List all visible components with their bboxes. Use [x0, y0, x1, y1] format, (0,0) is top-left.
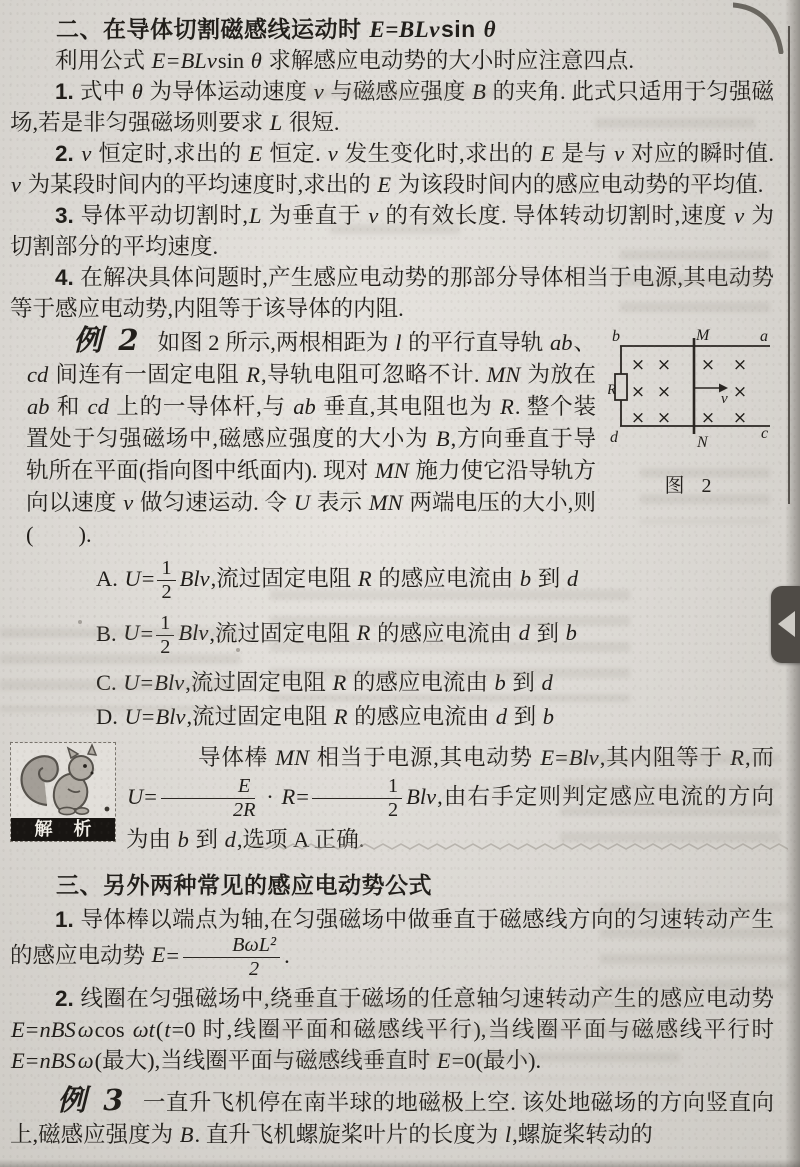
- svg-text:×: ×: [631, 355, 645, 375]
- scan-speck: [78, 620, 82, 624]
- left-arrow-icon: [778, 611, 795, 637]
- scan-speck: [118, 298, 122, 302]
- option-a: A. U=12Blv,流过固定电阻 R 的感应电流由 b 到 d: [10, 558, 774, 604]
- option-b: B. U=12Blv,流过固定电阻 R 的感应电流由 d 到 b: [10, 613, 774, 659]
- svg-text:×: ×: [657, 382, 671, 402]
- label-N: N: [696, 434, 709, 451]
- scan-speck: [236, 648, 240, 652]
- rotating-rod-paragraph: 1. 导体棒以端点为轴,在匀强磁场中做垂直于磁感线方向的匀速转动产生的感应电动势…: [10, 904, 774, 981]
- page-edge-line: [788, 26, 791, 504]
- section-3-heading: 三、另外两种常见的感应电动势公式: [10, 870, 774, 901]
- point-3: 3. 导体平动切割时,L 为垂直于 v 的有效长度. 导体转动切割时,速度 v …: [10, 200, 774, 262]
- option-d: D. U=Blv,流过固定电阻 R 的感应电流由 d 到 b: [10, 701, 774, 732]
- analysis-badge-label: 解 析: [11, 818, 115, 841]
- svg-text:×: ×: [631, 382, 645, 402]
- point-4: 4. 在解决具体问题时,产生感应电动势的那部分导体相当于电源,其电动势等于感应电…: [10, 262, 774, 324]
- rotating-coil-paragraph: 2. 线圈在匀强磁场中,绕垂直于磁场的任意轴匀速转动产生的感应电动势 E=nBS…: [10, 983, 774, 1076]
- corner-curl: [733, 0, 795, 54]
- example-2-label: 例 2: [73, 324, 141, 357]
- section-2-intro: 利用公式 E=BLvsin θ 求解感应电动势的大小时应注意四点.: [10, 45, 774, 76]
- point-1: 1. 式中 θ 为导体运动速度 v 与磁感应强度 B 的夹角. 此式只适用于匀强…: [10, 76, 774, 138]
- svg-text:×: ×: [733, 355, 747, 375]
- bookmark-tab: [771, 586, 800, 663]
- svg-text:×: ×: [701, 355, 715, 375]
- scanned-textbook-page: 二、在导体切割磁感线运动时 E=BLvsin θ 利用公式 E=BLvsin θ…: [0, 0, 800, 1167]
- example-2-body: 如图 2 所示,两根相距为 l 的平行直导轨 ab、cd 间连有一固定电阻 R,…: [26, 330, 596, 547]
- figure-2-caption: 图 2: [608, 469, 774, 498]
- zigzag-divider: [248, 840, 788, 854]
- squirrel-icon: [11, 743, 113, 817]
- section-2-heading: 二、在导体切割磁感线运动时 E=BLvsin θ: [10, 14, 774, 45]
- label-R: R: [608, 382, 616, 398]
- svg-text:×: ×: [631, 408, 645, 428]
- label-a: a: [760, 328, 768, 345]
- label-c: c: [761, 425, 768, 442]
- figure-2: ×××× ××× ×××× b M a d N c R v 图 2: [608, 326, 774, 498]
- label-v: v: [721, 391, 728, 407]
- svg-text:×: ×: [733, 408, 747, 428]
- analysis-block: 解 析 导体棒 MN 相当于电源,其电动势 E=Blv,其内阻等于 R,而 U=…: [10, 740, 774, 858]
- resistor: [615, 374, 627, 400]
- point-2: 2. v 恒定时,求出的 E 恒定. v 发生变化时,求出的 E 是与 v 对应…: [10, 138, 774, 200]
- option-c: C. U=Blv,流过固定电阻 R 的感应电流由 b 到 d: [10, 667, 774, 698]
- example-3-text: 例 3一直升飞机停在南半球的地磁极上空. 该处地磁场的方向竖直向上,磁感应强度为…: [10, 1084, 774, 1151]
- svg-text:×: ×: [657, 355, 671, 375]
- svg-text:×: ×: [701, 408, 715, 428]
- label-M: M: [695, 327, 711, 344]
- page-bottom-shadow: [0, 1159, 800, 1167]
- field-cross-icons: ×××× ××× ××××: [631, 355, 747, 428]
- example-2-block: ×××× ××× ×××× b M a d N c R v 图 2 例 2如图 …: [26, 324, 774, 551]
- svg-text:×: ×: [657, 408, 671, 428]
- label-d: d: [610, 429, 619, 446]
- svg-text:×: ×: [733, 382, 747, 402]
- analysis-badge: 解 析: [10, 742, 116, 842]
- example-3-label: 例 3: [57, 1083, 126, 1117]
- circuit-diagram: ×××× ××× ×××× b M a d N c R v: [608, 326, 774, 460]
- label-b: b: [612, 328, 620, 345]
